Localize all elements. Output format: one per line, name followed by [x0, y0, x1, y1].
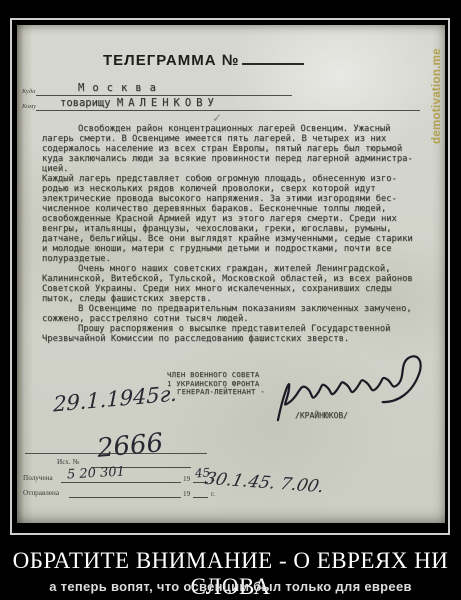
received-year-prefix: 19	[183, 475, 190, 483]
received-label: Получена	[23, 474, 53, 482]
to-field-label: Куда	[22, 88, 35, 95]
to-field-underline	[36, 95, 292, 96]
sent-year-suffix: г.	[211, 490, 215, 498]
signer-title-line3: ГЕНЕРАЛ-ЛЕЙТЕНАНТ -	[177, 388, 265, 397]
paragraph-soviet-citizens: Очень много наших советских граждан, жит…	[42, 264, 438, 304]
recipient-prefix: товарищу	[60, 97, 111, 109]
demotivational-poster: demotivation.me ТЕЛЕГРАММА № Куда Москва…	[0, 0, 461, 600]
paragraph-victims: В Освенциме по предварительным показания…	[42, 304, 438, 324]
caption-subtitle: а теперь вопят, что освенцим был только …	[0, 579, 461, 594]
signer-title-block: ЧЛЕН ВОЕННОГО СОВЕТА 1 УКРАИНСКОГО ФРОНТ…	[167, 371, 265, 397]
watermark-site-name: demotivation.me	[431, 22, 447, 144]
sent-underline	[69, 497, 181, 498]
signature-autograph	[266, 348, 442, 427]
recipient-field-underline	[36, 110, 420, 111]
received-underline	[61, 482, 181, 483]
paragraph-camp-description: Каждый лагерь представляет собою огромну…	[42, 174, 438, 264]
paragraph-request: Прошу распоряжения о высылке представите…	[42, 324, 438, 344]
handwritten-note: 30.1.45. 7.00.	[203, 469, 327, 497]
recipient-name: МАЛЕНКОВУ	[117, 97, 219, 109]
outgoing-number-label: Исх. №	[57, 458, 79, 466]
telegram-header: ТЕЛЕГРАММА №	[103, 52, 304, 69]
signer-name-typed: /КРАЙНЮКОВ/	[295, 411, 348, 420]
outgoing-number-handwritten: 2666	[96, 428, 165, 464]
pencil-check-mark: ✓	[212, 111, 222, 125]
telegram-number-blank-line	[242, 63, 304, 65]
recipient-field-label: Кому	[22, 103, 36, 110]
sent-year-underline	[193, 497, 208, 498]
telegram-photo: ТЕЛЕГРАММА № Куда Москва Кому товарищу М…	[17, 25, 445, 523]
handwritten-date: 29.1.1945г.	[53, 382, 177, 417]
sent-label: Отправлена	[23, 489, 59, 497]
recipient-field-value: товарищу МАЛЕНКОВУ	[60, 97, 219, 109]
paragraph-liberation: Освобожден район концентрационных лагере…	[42, 124, 438, 174]
telegram-body: Освобожден район концентрационных лагере…	[42, 124, 438, 344]
received-handwritten: 5 20 301	[67, 464, 126, 482]
sent-year-prefix: 19	[183, 490, 190, 498]
telegram-header-label: ТЕЛЕГРАММА №	[103, 52, 239, 69]
to-field-value: Москва	[78, 82, 164, 94]
